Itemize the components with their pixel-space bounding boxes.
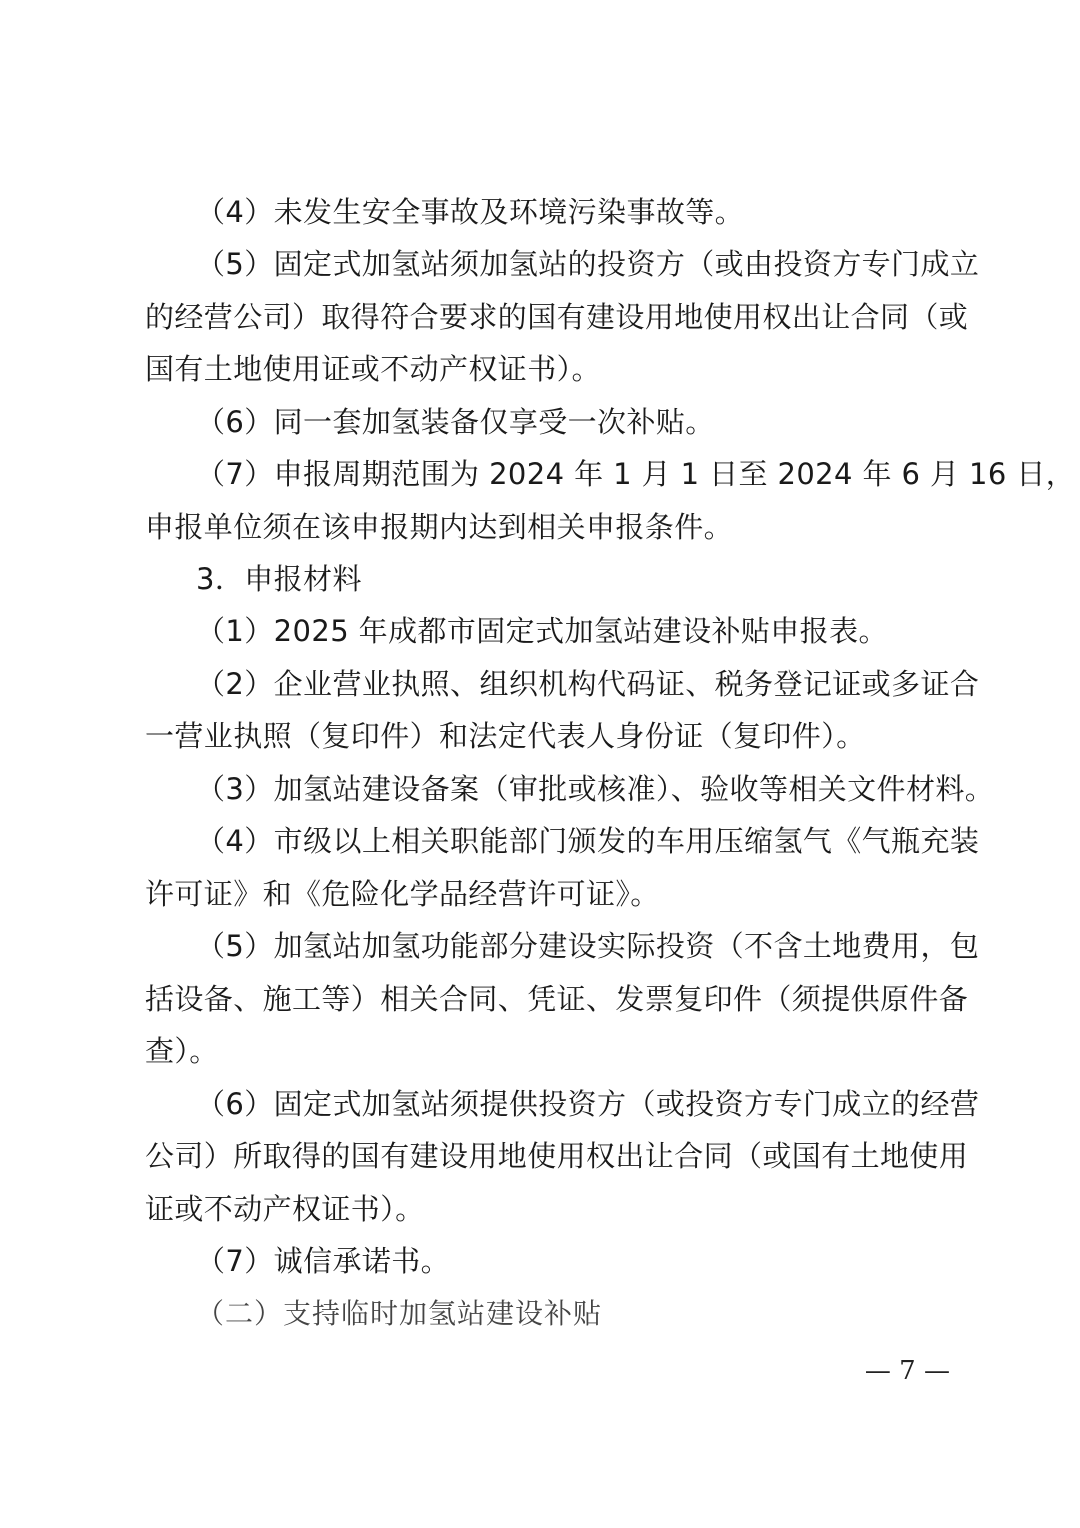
document-page: （4）未发生安全事故及环境污染事故等。 （5）固定式加氢站须加氢站的投资方（或由…	[0, 0, 1080, 1528]
paragraph-line: 一营业执照（复印件）和法定代表人身份证（复印件）。	[145, 716, 950, 756]
paragraph-line: （7）申报周期范围为 2024 年 1 月 1 日至 2024 年 6 月 16…	[196, 454, 950, 494]
paragraph-line: （2）企业营业执照、组织机构代码证、税务登记证或多证合	[196, 664, 950, 704]
section-heading: （二）支持临时加氢站建设补贴	[196, 1294, 950, 1334]
paragraph-line: （4）市级以上相关职能部门颁发的车用压缩氢气《气瓶充装	[196, 821, 950, 861]
paragraph-line: 公司）所取得的国有建设用地使用权出让合同（或国有土地使用	[145, 1136, 950, 1176]
paragraph-line: 的经营公司）取得符合要求的国有建设用地使用权出让合同（或	[145, 297, 950, 337]
paragraph-line: （3）加氢站建设备案（审批或核准）、验收等相关文件材料。	[196, 769, 950, 809]
paragraph-line: 括设备、施工等）相关合同、凭证、发票复印件（须提供原件备	[145, 979, 950, 1019]
paragraph-line: 许可证》和《危险化学品经营许可证》。	[145, 874, 950, 914]
paragraph-line: （1）2025 年成都市固定式加氢站建设补贴申报表。	[196, 611, 950, 651]
paragraph-line: 查）。	[145, 1031, 950, 1071]
paragraph-line: （5）固定式加氢站须加氢站的投资方（或由投资方专门成立	[196, 244, 950, 284]
paragraph-line: （6）同一套加氢装备仅享受一次补贴。	[196, 402, 950, 442]
subsection-heading: 3．申报材料	[196, 559, 950, 599]
paragraph-line: （7）诚信承诺书。	[196, 1241, 950, 1281]
paragraph-line: 国有土地使用证或不动产权证书）。	[145, 349, 950, 389]
paragraph-line: （5）加氢站加氢功能部分建设实际投资（不含土地费用，包	[196, 926, 950, 966]
paragraph-line: 申报单位须在该申报期内达到相关申报条件。	[145, 507, 950, 547]
paragraph-line: （6）固定式加氢站须提供投资方（或投资方专门成立的经营	[196, 1084, 950, 1124]
paragraph-line: （4）未发生安全事故及环境污染事故等。	[196, 192, 950, 232]
paragraph-line: 证或不动产权证书）。	[145, 1189, 950, 1229]
page-number: — 7 —	[860, 1353, 950, 1389]
